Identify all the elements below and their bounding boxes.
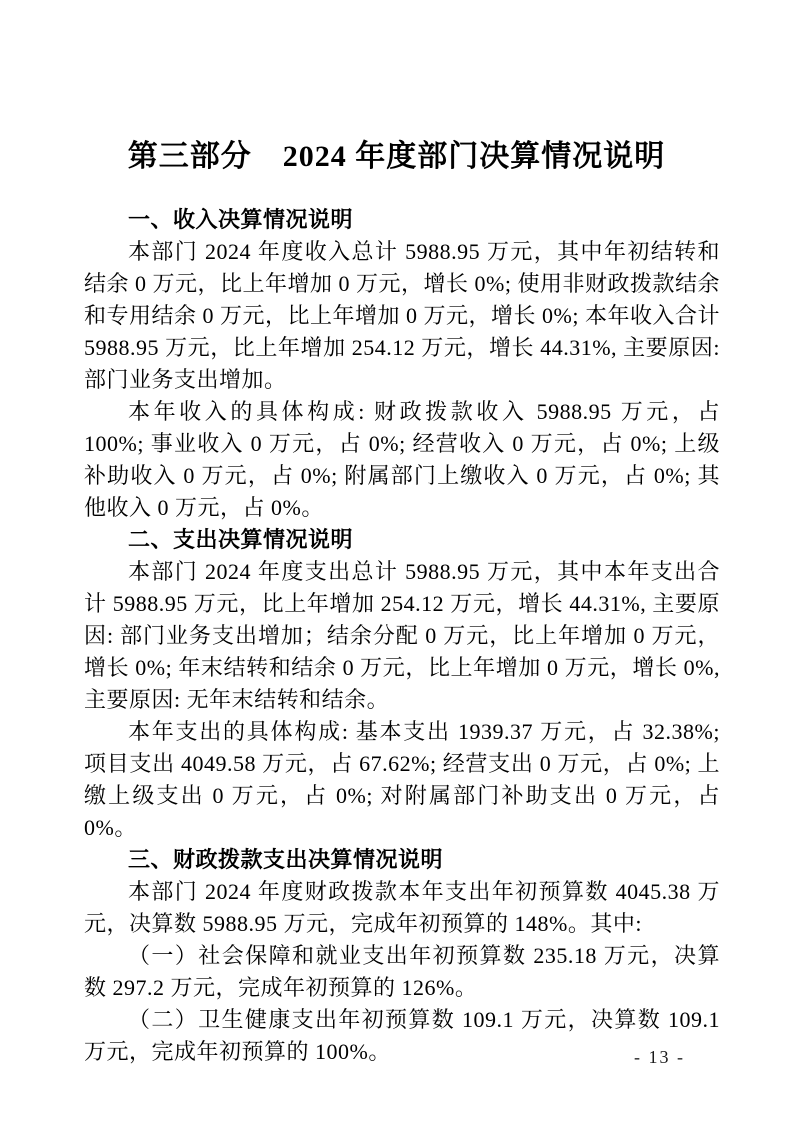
expenditure-summary-paragraph: 本部门 2024 年度支出总计 5988.95 万元，其中本年支出合计 5988…: [84, 556, 720, 716]
page-number: - 13 -: [634, 1046, 685, 1068]
expenditure-composition-paragraph: 本年支出的具体构成: 基本支出 1939.37 万元，占 32.38%; 项目支…: [84, 716, 720, 844]
section-heading-income: 一、收入决算情况说明: [84, 204, 720, 236]
income-composition-paragraph: 本年收入的具体构成: 财政拨款收入 5988.95 万元，占 100%; 事业收…: [84, 396, 720, 524]
document-page: 第三部分 2024 年度部门决算情况说明 一、收入决算情况说明 本部门 2024…: [0, 0, 793, 1122]
social-security-employment-paragraph: （一）社会保障和就业支出年初预算数 235.18 万元，决算数 297.2 万元…: [84, 940, 720, 1004]
fiscal-appropriation-summary-paragraph: 本部门 2024 年度财政拨款本年支出年初预算数 4045.38 万元，决算数 …: [84, 876, 720, 940]
income-summary-paragraph: 本部门 2024 年度收入总计 5988.95 万元，其中年初结转和结余 0 万…: [84, 236, 720, 396]
page-title: 第三部分 2024 年度部门决算情况说明: [0, 138, 793, 176]
health-expenditure-paragraph: （二）卫生健康支出年初预算数 109.1 万元，决算数 109.1 万元，完成年…: [84, 1004, 720, 1068]
section-heading-expenditure: 二、支出决算情况说明: [84, 524, 720, 556]
document-body: 一、收入决算情况说明 本部门 2024 年度收入总计 5988.95 万元，其中…: [84, 204, 720, 1068]
section-heading-fiscal-appropriation: 三、财政拨款支出决算情况说明: [84, 844, 720, 876]
